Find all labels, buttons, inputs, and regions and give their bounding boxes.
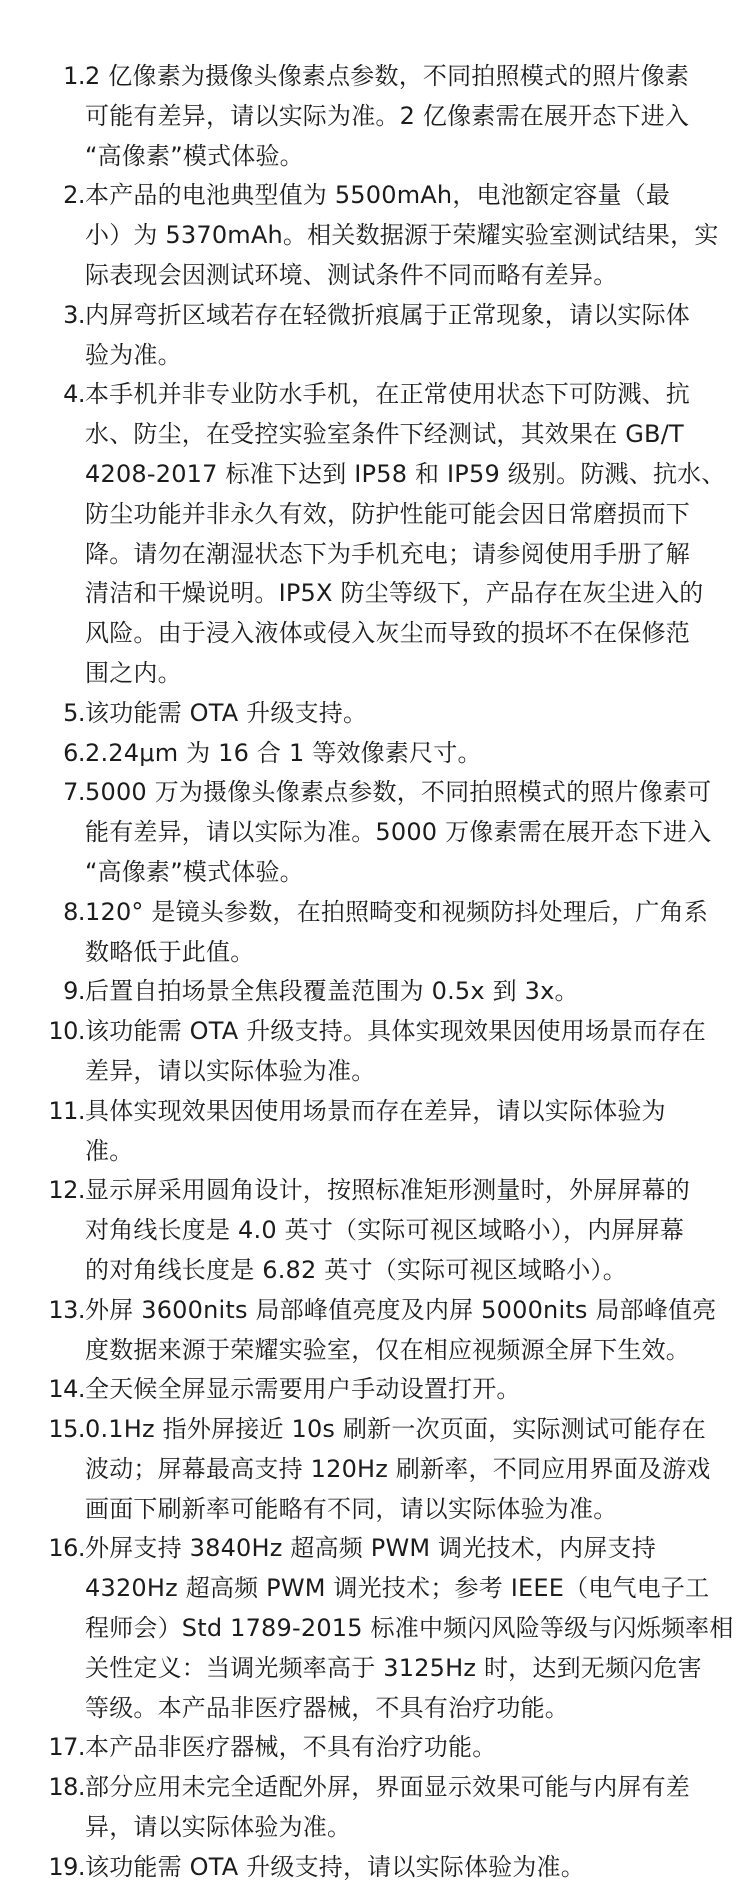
note-line: 围之内。 (85, 654, 750, 694)
note-line: 该功能需 OTA 升级支持。 (85, 694, 750, 734)
note-line: 清洁和干燥说明。IP5X 防尘等级下，产品存在灰尘进入的 (85, 574, 750, 614)
note-number: 13. (0, 1291, 85, 1331)
note-line: 5000 万为摄像头像素点参数，不同拍照模式的照片像素可 (85, 773, 750, 813)
note-item-11: 11. 具体实现效果因使用场景而存在差异，请以实际体验为准。 (0, 1092, 750, 1172)
note-number: 3. (0, 296, 85, 336)
note-line: 外屏支持 3840Hz 超高频 PWM 调光技术，内屏支持 (85, 1529, 750, 1569)
note-number: 7. (0, 773, 85, 813)
note-text: 本产品非医疗器械，不具有治疗功能。 (85, 1728, 750, 1768)
note-number: 19. (0, 1848, 85, 1888)
note-text: 本产品的电池典型值为 5500mAh，电池额定容量（最小）为 5370mAh。相… (85, 176, 750, 295)
note-text: 5000 万为摄像头像素点参数，不同拍照模式的照片像素可能有差异，请以实际为准。… (85, 773, 750, 892)
note-number: 5. (0, 694, 85, 734)
disclaimer-notes-list: 1. 2 亿像素为摄像头像素点参数，不同拍照模式的照片像素可能有差异，请以实际为… (0, 57, 750, 1888)
note-item-4: 4. 本手机并非专业防水手机，在正常使用状态下可防溅、抗水、防尘，在受控实验室条… (0, 375, 750, 693)
note-line: 0.1Hz 指外屏接近 10s 刷新一次页面，实际测试可能存在 (85, 1410, 750, 1450)
note-item-5: 5. 该功能需 OTA 升级支持。 (0, 694, 750, 734)
note-number: 9. (0, 972, 85, 1012)
note-line: 4208-2017 标准下达到 IP58 和 IP59 级别。防溅、抗水、 (85, 455, 750, 495)
note-line: 画面下刷新率可能略有不同，请以实际体验为准。 (85, 1490, 750, 1530)
note-line: 的对角线长度是 6.82 英寸（实际可视区域略小）。 (85, 1251, 750, 1291)
note-item-6: 6. 2.24μm 为 16 合 1 等效像素尺寸。 (0, 734, 750, 774)
note-text: 该功能需 OTA 升级支持，请以实际体验为准。 (85, 1848, 750, 1888)
note-text: 2.24μm 为 16 合 1 等效像素尺寸。 (85, 734, 750, 774)
note-text: 显示屏采用圆角设计，按照标准矩形测量时，外屏屏幕的对角线长度是 4.0 英寸（实… (85, 1171, 750, 1290)
note-line: 2.24μm 为 16 合 1 等效像素尺寸。 (85, 734, 750, 774)
note-number: 1. (0, 57, 85, 97)
note-number: 2. (0, 176, 85, 216)
note-line: 全天候全屏显示需要用户手动设置打开。 (85, 1370, 750, 1410)
note-line: 显示屏采用圆角设计，按照标准矩形测量时，外屏屏幕的 (85, 1171, 750, 1211)
note-line: 外屏 3600nits 局部峰值亮度及内屏 5000nits 局部峰值亮 (85, 1291, 750, 1331)
note-item-1: 1. 2 亿像素为摄像头像素点参数，不同拍照模式的照片像素可能有差异，请以实际为… (0, 57, 750, 176)
note-line: 2 亿像素为摄像头像素点参数，不同拍照模式的照片像素 (85, 57, 750, 97)
note-item-2: 2. 本产品的电池典型值为 5500mAh，电池额定容量（最小）为 5370mA… (0, 176, 750, 295)
note-text: 外屏支持 3840Hz 超高频 PWM 调光技术，内屏支持4320Hz 超高频 … (85, 1529, 750, 1728)
note-line: 内屏弯折区域若存在轻微折痕属于正常现象，请以实际体 (85, 296, 750, 336)
note-number: 11. (0, 1092, 85, 1132)
note-text: 0.1Hz 指外屏接近 10s 刷新一次页面，实际测试可能存在波动；屏幕最高支持… (85, 1410, 750, 1529)
note-line: 小）为 5370mAh。相关数据源于荣耀实验室测试结果，实 (85, 216, 750, 256)
note-line: 差异，请以实际体验为准。 (85, 1052, 750, 1092)
note-line: 4320Hz 超高频 PWM 调光技术；参考 IEEE（电气电子工 (85, 1569, 750, 1609)
note-line: 部分应用未完全适配外屏，界面显示效果可能与内屏有差 (85, 1768, 750, 1808)
note-number: 10. (0, 1012, 85, 1052)
note-text: 全天候全屏显示需要用户手动设置打开。 (85, 1370, 750, 1410)
note-line: 关性定义：当调光频率高于 3125Hz 时，达到无频闪危害 (85, 1649, 750, 1689)
note-line: 风险。由于浸入液体或侵入灰尘而导致的损坏不在保修范 (85, 614, 750, 654)
note-item-18: 18. 部分应用未完全适配外屏，界面显示效果可能与内屏有差异，请以实际体验为准。 (0, 1768, 750, 1848)
note-line: 120° 是镜头参数，在拍照畸变和视频防抖处理后，广角系 (85, 893, 750, 933)
note-line: 对角线长度是 4.0 英寸（实际可视区域略小），内屏屏幕 (85, 1211, 750, 1251)
note-line: “高像素”模式体验。 (85, 137, 750, 177)
note-line: 程师会）Std 1789-2015 标准中频闪风险等级与闪烁频率相 (85, 1609, 750, 1649)
note-number: 16. (0, 1529, 85, 1569)
note-number: 8. (0, 893, 85, 933)
note-line: 该功能需 OTA 升级支持，请以实际体验为准。 (85, 1848, 750, 1888)
note-item-3: 3. 内屏弯折区域若存在轻微折痕属于正常现象，请以实际体验为准。 (0, 296, 750, 376)
note-text: 后置自拍场景全焦段覆盖范围为 0.5x 到 3x。 (85, 972, 750, 1012)
note-item-10: 10. 该功能需 OTA 升级支持。具体实现效果因使用场景而存在差异，请以实际体… (0, 1012, 750, 1092)
note-line: 际表现会因测试环境、测试条件不同而略有差异。 (85, 256, 750, 296)
note-text: 本手机并非专业防水手机，在正常使用状态下可防溅、抗水、防尘，在受控实验室条件下经… (85, 375, 750, 693)
note-number: 15. (0, 1410, 85, 1450)
note-number: 14. (0, 1370, 85, 1410)
note-line: 波动；屏幕最高支持 120Hz 刷新率，不同应用界面及游戏 (85, 1450, 750, 1490)
note-item-7: 7. 5000 万为摄像头像素点参数，不同拍照模式的照片像素可能有差异，请以实际… (0, 773, 750, 892)
note-item-12: 12. 显示屏采用圆角设计，按照标准矩形测量时，外屏屏幕的对角线长度是 4.0 … (0, 1171, 750, 1290)
note-text: 120° 是镜头参数，在拍照畸变和视频防抖处理后，广角系数略低于此值。 (85, 893, 750, 973)
note-text: 具体实现效果因使用场景而存在差异，请以实际体验为准。 (85, 1092, 750, 1172)
note-line: 降。请勿在潮湿状态下为手机充电；请参阅使用手册了解 (85, 535, 750, 575)
note-number: 6. (0, 734, 85, 774)
note-line: 准。 (85, 1132, 750, 1172)
note-text: 该功能需 OTA 升级支持。 (85, 694, 750, 734)
note-item-13: 13. 外屏 3600nits 局部峰值亮度及内屏 5000nits 局部峰值亮… (0, 1291, 750, 1371)
note-text: 2 亿像素为摄像头像素点参数，不同拍照模式的照片像素可能有差异，请以实际为准。2… (85, 57, 750, 176)
note-line: 本产品非医疗器械，不具有治疗功能。 (85, 1728, 750, 1768)
note-item-8: 8. 120° 是镜头参数，在拍照畸变和视频防抖处理后，广角系数略低于此值。 (0, 893, 750, 973)
note-line: 后置自拍场景全焦段覆盖范围为 0.5x 到 3x。 (85, 972, 750, 1012)
note-line: 具体实现效果因使用场景而存在差异，请以实际体验为 (85, 1092, 750, 1132)
note-line: 异，请以实际体验为准。 (85, 1808, 750, 1848)
note-item-15: 15. 0.1Hz 指外屏接近 10s 刷新一次页面，实际测试可能存在波动；屏幕… (0, 1410, 750, 1529)
note-number: 12. (0, 1171, 85, 1211)
note-line: 本手机并非专业防水手机，在正常使用状态下可防溅、抗 (85, 375, 750, 415)
note-item-9: 9. 后置自拍场景全焦段覆盖范围为 0.5x 到 3x。 (0, 972, 750, 1012)
note-line: 本产品的电池典型值为 5500mAh，电池额定容量（最 (85, 176, 750, 216)
note-line: 水、防尘，在受控实验室条件下经测试，其效果在 GB/T (85, 415, 750, 455)
note-line: 可能有差异，请以实际为准。2 亿像素需在展开态下进入 (85, 97, 750, 137)
note-text: 该功能需 OTA 升级支持。具体实现效果因使用场景而存在差异，请以实际体验为准。 (85, 1012, 750, 1092)
note-number: 17. (0, 1728, 85, 1768)
note-text: 外屏 3600nits 局部峰值亮度及内屏 5000nits 局部峰值亮度数据来… (85, 1291, 750, 1371)
note-line: “高像素”模式体验。 (85, 853, 750, 893)
note-line: 该功能需 OTA 升级支持。具体实现效果因使用场景而存在 (85, 1012, 750, 1052)
note-line: 防尘功能并非永久有效，防护性能可能会因日常磨损而下 (85, 495, 750, 535)
note-item-16: 16. 外屏支持 3840Hz 超高频 PWM 调光技术，内屏支持4320Hz … (0, 1529, 750, 1728)
note-number: 18. (0, 1768, 85, 1808)
note-item-14: 14. 全天候全屏显示需要用户手动设置打开。 (0, 1370, 750, 1410)
note-line: 能有差异，请以实际为准。5000 万像素需在展开态下进入 (85, 813, 750, 853)
note-line: 数略低于此值。 (85, 933, 750, 973)
note-line: 等级。本产品非医疗器械，不具有治疗功能。 (85, 1689, 750, 1729)
note-item-19: 19. 该功能需 OTA 升级支持，请以实际体验为准。 (0, 1848, 750, 1888)
note-line: 度数据来源于荣耀实验室，仅在相应视频源全屏下生效。 (85, 1331, 750, 1371)
note-line: 验为准。 (85, 336, 750, 376)
note-number: 4. (0, 375, 85, 415)
note-item-17: 17. 本产品非医疗器械，不具有治疗功能。 (0, 1728, 750, 1768)
note-text: 内屏弯折区域若存在轻微折痕属于正常现象，请以实际体验为准。 (85, 296, 750, 376)
note-text: 部分应用未完全适配外屏，界面显示效果可能与内屏有差异，请以实际体验为准。 (85, 1768, 750, 1848)
